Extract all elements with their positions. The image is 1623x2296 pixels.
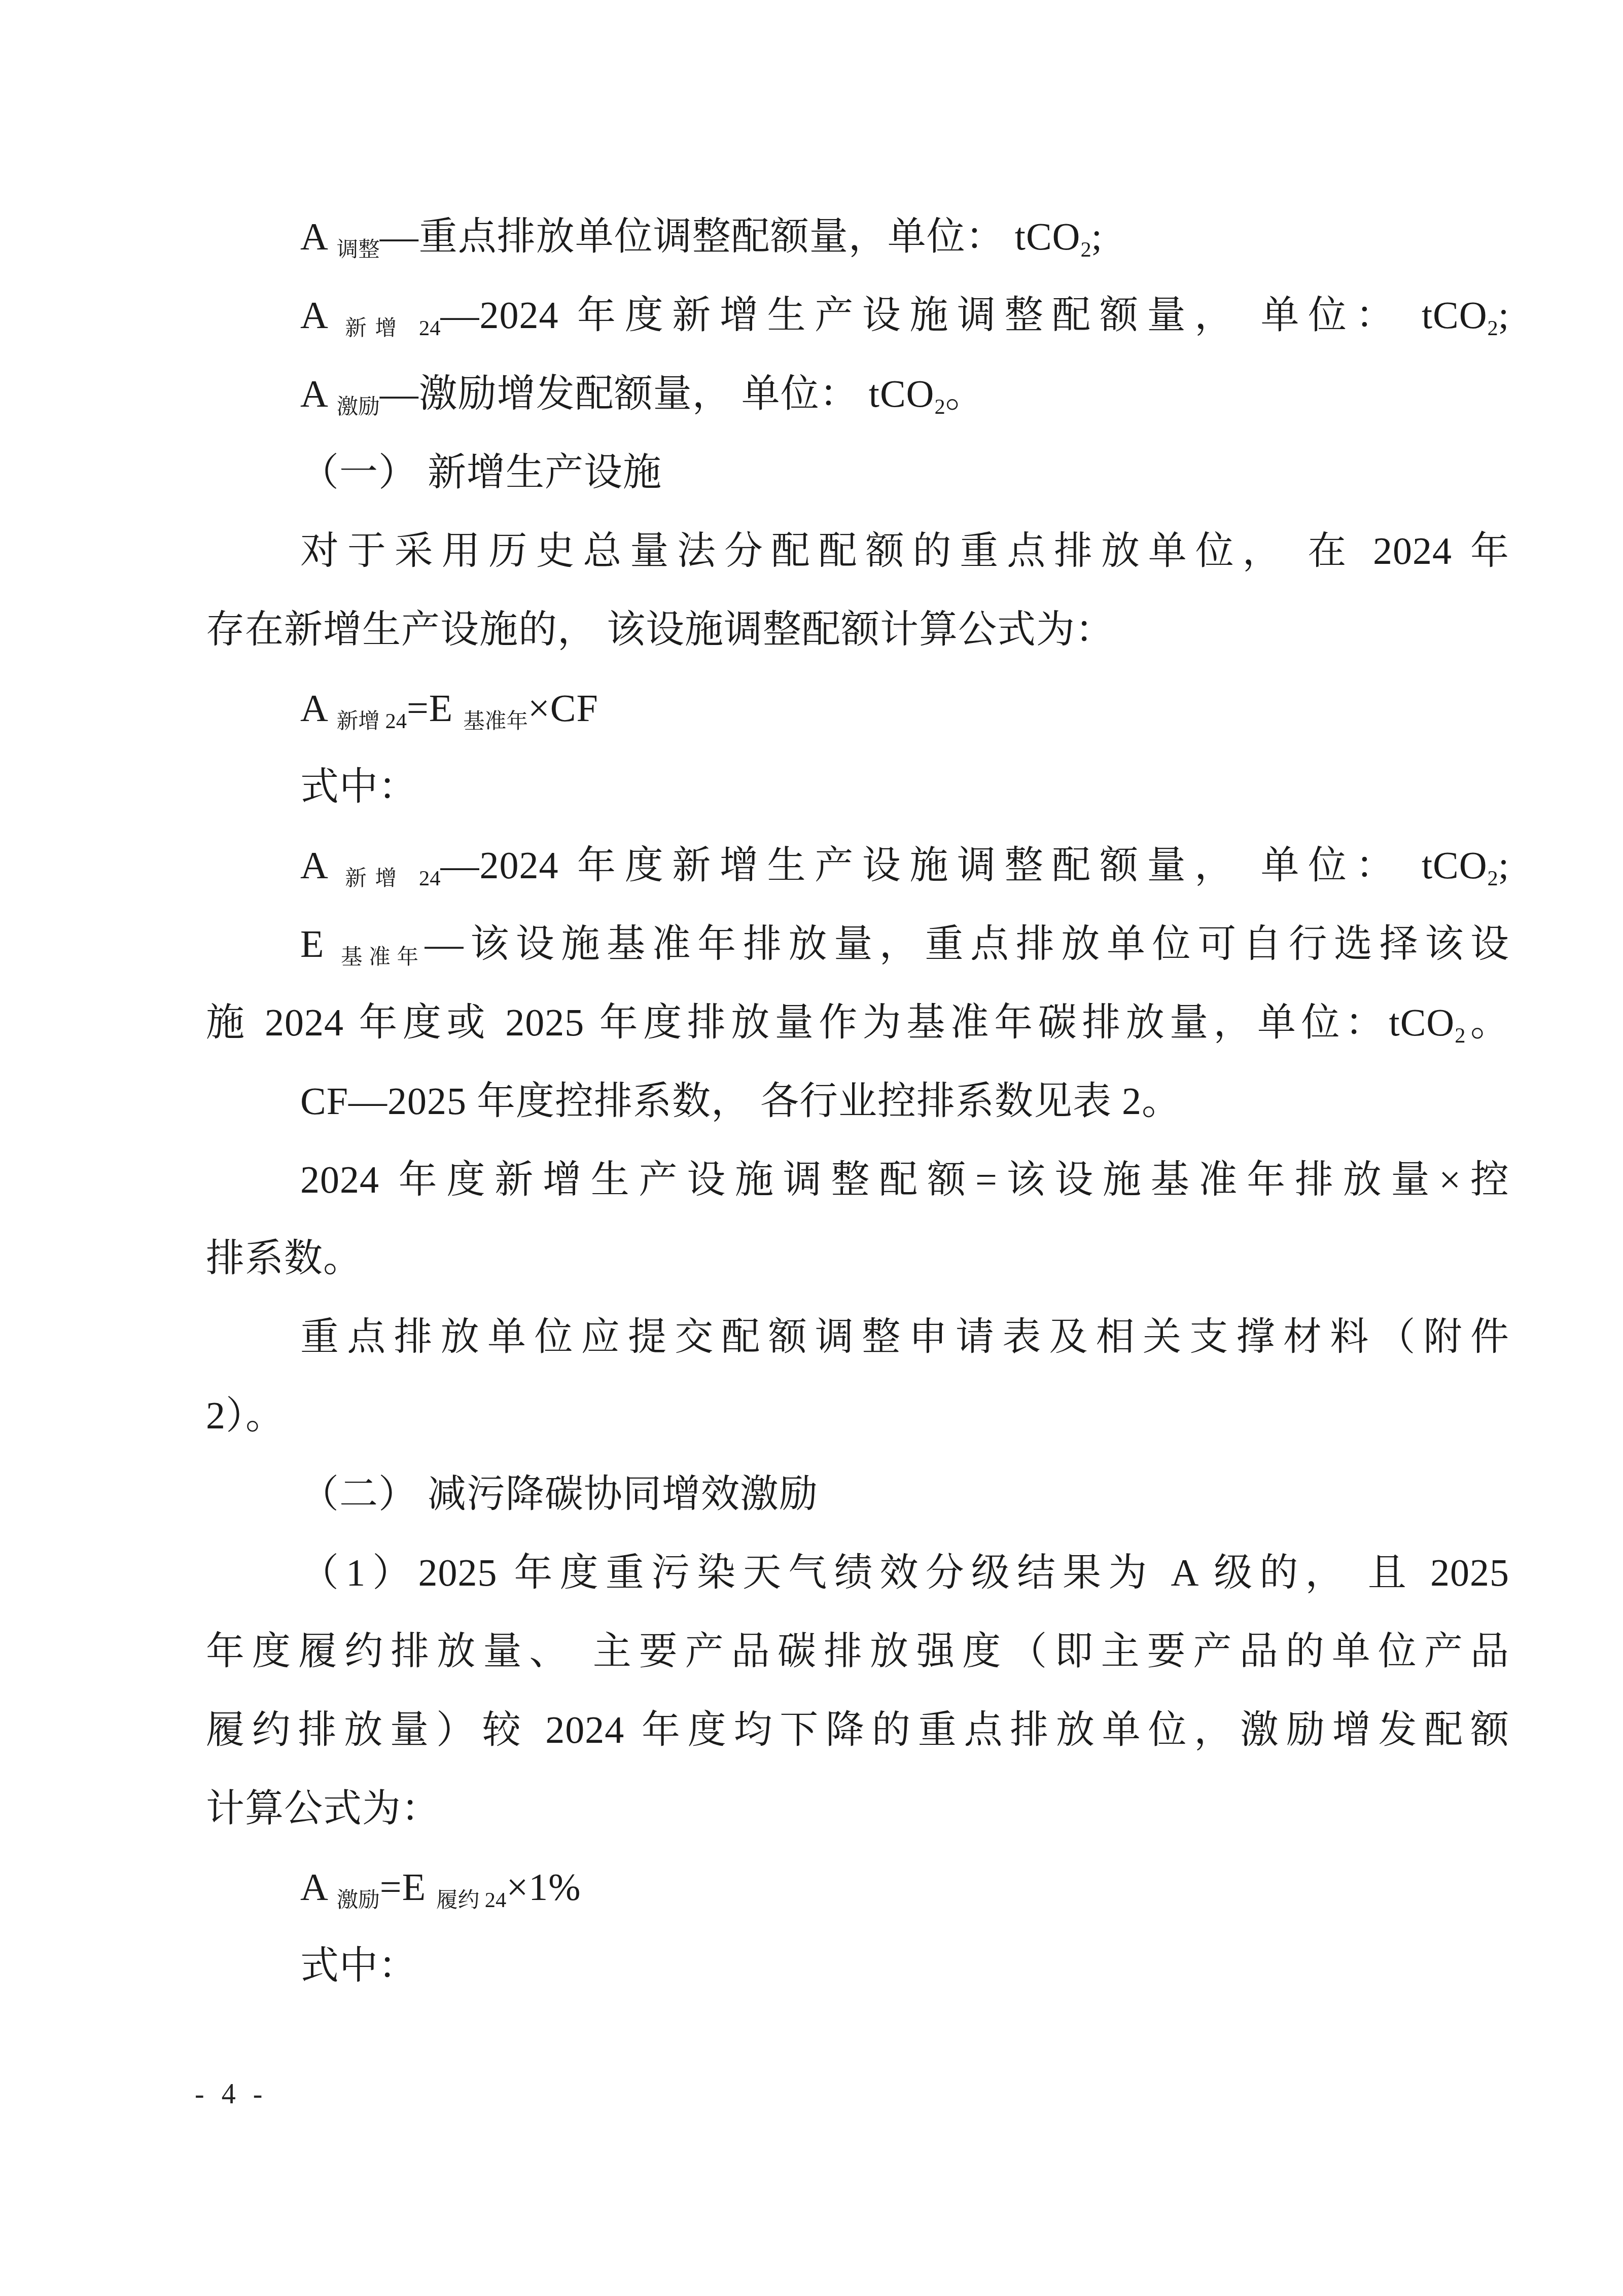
text-line: （一） 新增生产设施 (206, 434, 1509, 512)
text-line: （1）2025 年度重污染天气绩效分级结果为 A 级的， 且 2025 (206, 1534, 1509, 1612)
body-text: A (300, 844, 345, 887)
text-line: CF—2025 年度控排系数， 各行业控排系数见表 2。 (206, 1062, 1509, 1141)
body-text: —该设施基准年排放量，重点排放单位可自行选择该设 (425, 923, 1509, 965)
subscript-text: 调整 (337, 238, 380, 262)
body-text: =E (380, 1866, 436, 1909)
body-text: 存在新增生产设施的， 该设施调整配额计算公式为： (206, 608, 1114, 651)
text-line: 年度履约排放量、 主要产品碳排放强度（即主要产品的单位产品 (206, 1612, 1509, 1691)
text-line: A 激励=E 履约 24×1% (206, 1848, 1509, 1927)
text-line: A 新增 24=E 基准年×CF (206, 669, 1509, 748)
body-text: 式中： (300, 766, 417, 808)
text-line: 2）。 (206, 1377, 1509, 1455)
body-text: A (300, 1866, 337, 1909)
body-text: 履约排放量）较 2024 年度均下降的重点排放单位，激励增发配额 (206, 1709, 1509, 1751)
subscript-text: 2 (1488, 867, 1498, 890)
body-text: —重点排放单位调整配额量，单位： tCO (380, 216, 1081, 258)
subscript-text: 新增 24 (345, 867, 440, 890)
body-text: 。 (1466, 1001, 1509, 1044)
subscript-text: 2 (1081, 238, 1091, 262)
body-text: （二） 减污降碳协同增效激励 (300, 1473, 818, 1516)
text-line: 对于采用历史总量法分配配额的重点排放单位， 在 2024 年 (206, 512, 1509, 591)
subscript-text: 基准年 (341, 945, 425, 969)
body-text: E (300, 923, 341, 965)
body-text: （一） 新增生产设施 (300, 451, 662, 494)
subscript-text: 2 (1488, 316, 1498, 340)
text-line: 排系数。 (206, 1219, 1509, 1298)
body-text: ×CF (528, 687, 598, 730)
document-page: A 调整—重点排放单位调整配额量，单位： tCO2;A 新增 24—2024 年… (0, 0, 1623, 2296)
text-line: 存在新增生产设施的， 该设施调整配额计算公式为： (206, 591, 1509, 669)
text-line: A 激励—激励增发配额量， 单位： tCO2。 (206, 355, 1509, 434)
subscript-text: 基准年 (463, 709, 528, 733)
body-text: 重点排放单位应提交配额调整申请表及相关支撑材料（附件 (300, 1316, 1509, 1358)
body-text: —2024 年度新增生产设施调整配额量， 单位： tCO (440, 294, 1487, 337)
subscript-text: 2 (1455, 1024, 1465, 1048)
text-line: 2024 年度新增生产设施调整配额=该设施基准年排放量×控 (206, 1141, 1509, 1219)
text-line: 计算公式为： (206, 1770, 1509, 1848)
text-line: E 基准年—该设施基准年排放量，重点排放单位可自行选择该设 (206, 905, 1509, 984)
body-text: （1）2025 年度重污染天气绩效分级结果为 A 级的， 且 2025 (300, 1552, 1509, 1594)
body-text: —激励增发配额量， 单位： tCO (380, 373, 935, 415)
body-text: CF—2025 年度控排系数， 各行业控排系数见表 2。 (300, 1080, 1181, 1123)
text-line: 履约排放量）较 2024 年度均下降的重点排放单位，激励增发配额 (206, 1691, 1509, 1770)
body-text: A (300, 687, 337, 730)
body-text: 2024 年度新增生产设施调整配额=该设施基准年排放量×控 (300, 1159, 1509, 1201)
body-text: 年度履约排放量、 主要产品碳排放强度（即主要产品的单位产品 (206, 1630, 1509, 1673)
text-line: 重点排放单位应提交配额调整申请表及相关支撑材料（附件 (206, 1298, 1509, 1377)
body-text: A (300, 294, 345, 337)
body-text: ; (1498, 294, 1509, 337)
text-line: A 新增 24—2024 年度新增生产设施调整配额量， 单位： tCO2; (206, 827, 1509, 905)
body-text: ×1% (506, 1866, 581, 1909)
subscript-text: 激励 (337, 1888, 380, 1912)
body-text: =E (407, 687, 463, 730)
text-line: A 调整—重点排放单位调整配额量，单位： tCO2; (206, 198, 1509, 276)
body-text: ; (1091, 216, 1103, 258)
text-line: （二） 减污降碳协同增效激励 (206, 1455, 1509, 1534)
document-body: A 调整—重点排放单位调整配额量，单位： tCO2;A 新增 24—2024 年… (206, 198, 1509, 2005)
body-text: —2024 年度新增生产设施调整配额量， 单位： tCO (440, 844, 1487, 887)
text-line: 施 2024 年度或 2025 年度排放量作为基准年碳排放量，单位：tCO2。 (206, 984, 1509, 1062)
text-line: 式中： (206, 1927, 1509, 2005)
body-text: 排系数。 (206, 1237, 362, 1280)
subscript-text: 2 (935, 395, 945, 419)
subscript-text: 履约 24 (436, 1888, 506, 1912)
body-text: 2）。 (206, 1394, 285, 1437)
subscript-text: 新增 24 (337, 709, 407, 733)
body-text: A (300, 216, 337, 258)
body-text: A (300, 373, 337, 415)
text-line: 式中： (206, 748, 1509, 827)
body-text: 对于采用历史总量法分配配额的重点排放单位， 在 2024 年 (300, 530, 1509, 572)
body-text: 计算公式为： (206, 1787, 440, 1830)
body-text: 式中： (300, 1945, 417, 1987)
text-line: A 新增 24—2024 年度新增生产设施调整配额量， 单位： tCO2; (206, 276, 1509, 355)
body-text: 施 2024 年度或 2025 年度排放量作为基准年碳排放量，单位：tCO (206, 1001, 1455, 1044)
body-text: 。 (945, 373, 984, 415)
page-number: - 4 - (195, 2079, 267, 2109)
subscript-text: 激励 (337, 395, 380, 419)
body-text: ; (1498, 844, 1509, 887)
subscript-text: 新增 24 (345, 316, 440, 340)
